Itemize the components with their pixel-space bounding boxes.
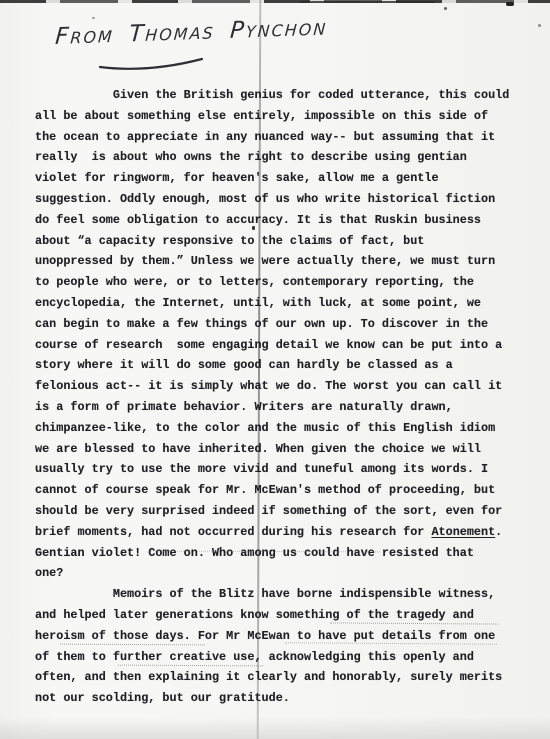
scanned-letter-page: From Thomas Pynchon Given the British ge… bbox=[0, 0, 550, 739]
letter-line: we are blessed to have inherited. When g… bbox=[35, 439, 515, 460]
letter-line: to people who were, or to letters, conte… bbox=[35, 272, 515, 293]
letter-line: of them to further creative use, acknowl… bbox=[35, 647, 515, 668]
letter-line: the ocean to appreciate in any nuanced w… bbox=[35, 127, 515, 148]
letter-line: one? bbox=[35, 563, 515, 584]
letter-line: not our scolding, but our gratitude. bbox=[35, 688, 515, 709]
letter-line: about “a capacity responsive to the clai… bbox=[35, 231, 515, 252]
paper-speck bbox=[538, 24, 541, 27]
handwritten-attribution-text: From Thomas Pynchon bbox=[54, 14, 328, 50]
paper-speck bbox=[92, 17, 95, 19]
atonement-line-after: . bbox=[495, 525, 502, 539]
letter-line: Given the British genius for coded utter… bbox=[35, 85, 515, 106]
scan-top-edge-artifact bbox=[300, 1, 435, 3]
letter-line: felonious act-- it is simply what we do.… bbox=[35, 376, 515, 397]
letter-line: story where it will do some good can har… bbox=[35, 355, 515, 376]
letter-line: should be very surprised indeed if somet… bbox=[35, 501, 515, 522]
paper-speck bbox=[506, 2, 514, 6]
letter-line: is a form of primate behavior. Writers a… bbox=[35, 397, 515, 418]
atonement-book-title: Atonement bbox=[431, 525, 495, 539]
atonement-line-before: brief moments, had not occurred during h… bbox=[35, 525, 431, 539]
letter-line: course of research some engaging detail … bbox=[35, 335, 515, 356]
letter-line: usually try to use the more vivid and tu… bbox=[35, 459, 515, 480]
letter-line: suggestion. Oddly enough, most of us who… bbox=[35, 189, 515, 210]
letter-line: violet for ringworm, for heaven's sake, … bbox=[35, 168, 515, 189]
letter-line: Memoirs of the Blitz have borne indispen… bbox=[35, 584, 515, 605]
letter-line: encyclopedia, the Internet, until, with … bbox=[35, 293, 515, 314]
letter-line-atonement: brief moments, had not occurred during h… bbox=[35, 522, 515, 543]
letter-line: do feel some obligation to accuracy. It … bbox=[35, 210, 515, 231]
letter-line: unoppressed by them.” Unless we were act… bbox=[35, 251, 515, 272]
letter-body: Given the British genius for coded utter… bbox=[35, 85, 515, 709]
letter-line: Gentian violet! Come on. Who among us co… bbox=[35, 543, 515, 564]
handwritten-attribution: From Thomas Pynchon bbox=[52, 16, 286, 84]
letter-line: really is about who owns the right to de… bbox=[35, 147, 515, 168]
letter-line: chimpanzee-like, to the color and the mu… bbox=[35, 418, 515, 439]
scan-top-edge-artifact bbox=[0, 0, 550, 3]
letter-line: all be about something else entirely, im… bbox=[35, 106, 515, 127]
scan-bottom-edge-artifact bbox=[0, 717, 550, 739]
paper-speck bbox=[444, 7, 447, 10]
letter-line: cannot of course speak for Mr. McEwan's … bbox=[35, 480, 515, 501]
letter-line: often, and then explaining it clearly an… bbox=[35, 667, 515, 688]
letter-line: can begin to make a few things of our ow… bbox=[35, 314, 515, 335]
